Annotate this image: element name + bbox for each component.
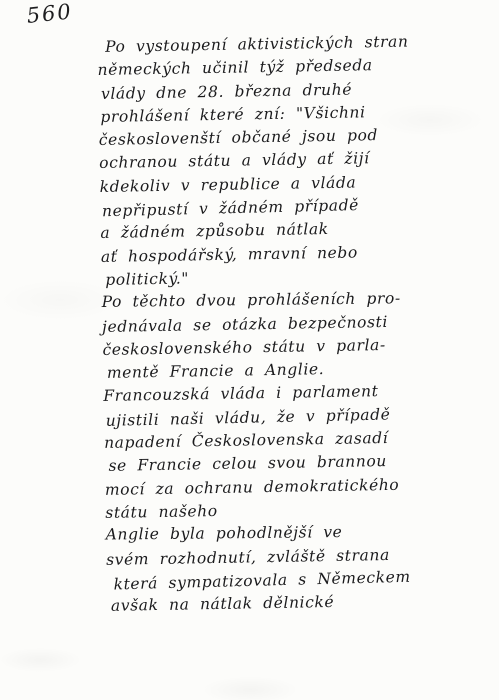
page-number: 560 [25,0,73,28]
manuscript-line: Anglie byla pohodlnější ve [106,520,496,547]
handwritten-text-block: Po vystoupení aktivistických stran němec… [97,29,497,618]
scanned-manuscript-page: { "document": { "page_number": "560", "i… [0,0,499,700]
